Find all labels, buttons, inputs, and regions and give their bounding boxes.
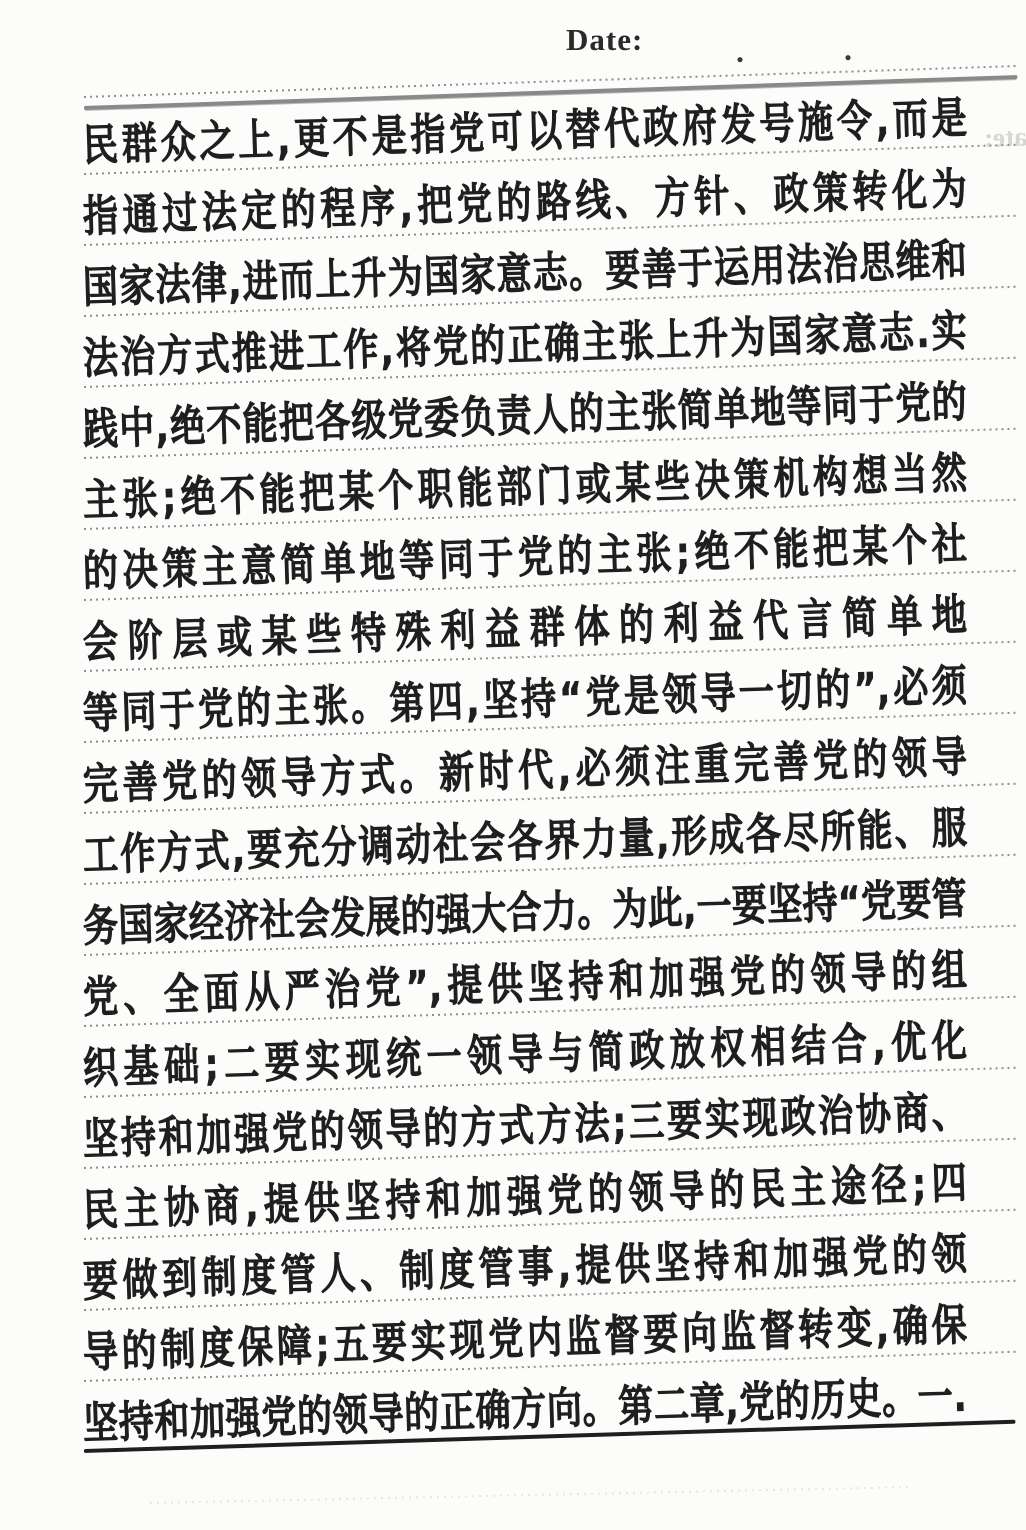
handwriting-area: 民群众之上,更不是指党可以替代政府发号施令,而是指通过法定的程序,把党的路线、方… bbox=[84, 104, 1018, 1453]
bottom-faint-rule bbox=[150, 1486, 910, 1504]
handwritten-line-text: 坚持和加强党的领导的正确方向。第二章,党的历史。一. bbox=[82, 1376, 967, 1447]
date-dot-2: . bbox=[844, 44, 852, 54]
date-dot-1: . bbox=[736, 46, 744, 56]
date-label: Date: bbox=[566, 22, 643, 58]
notebook-page: Date: . . Date: 民群众之上,更不是指党可以替代政府发号施令,而是… bbox=[0, 0, 1026, 1530]
